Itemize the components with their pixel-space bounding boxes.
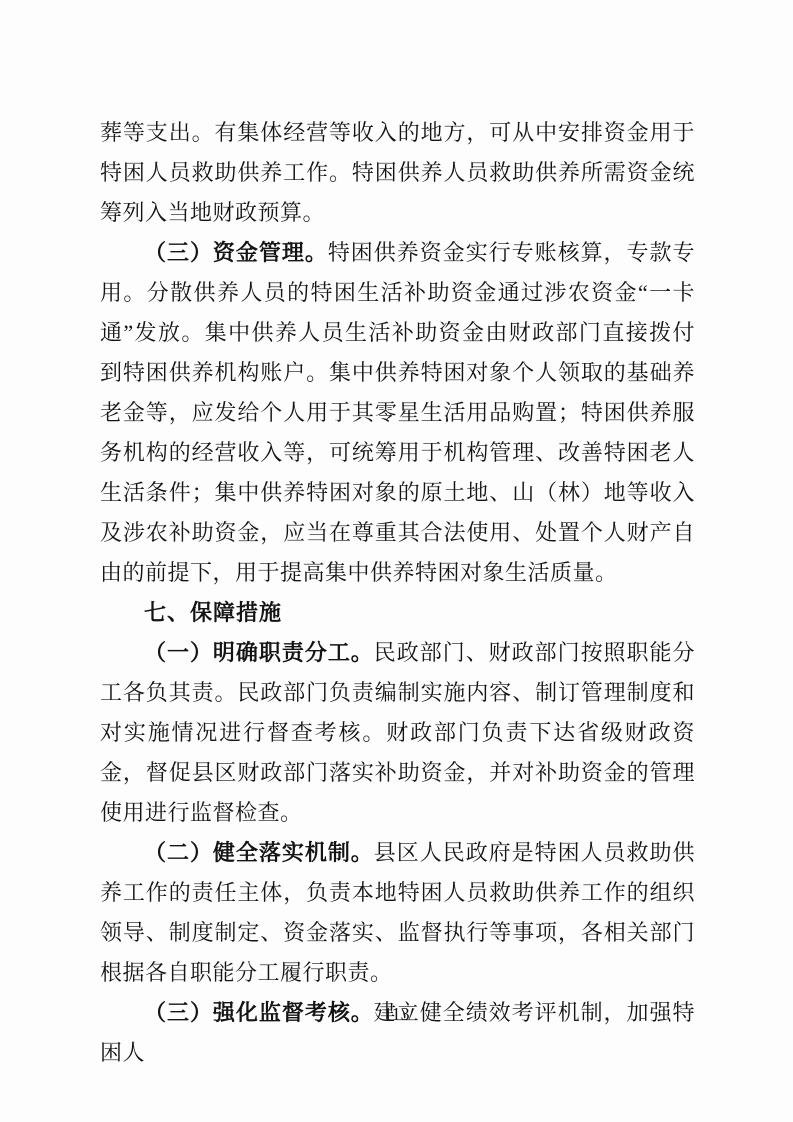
paragraph-lead-bold: （一）明确职责分工。 [144, 640, 374, 665]
page-number: 113 [0, 1002, 793, 1026]
paragraph-text: 特困供养资金实行专账核算，专款专用。分散供养人员的特困生活补助资金通过涉农资金“… [100, 240, 695, 585]
paragraph-text: 民政部门、财政部门按照职能分工各负其责。民政部门负责编制实施内容、制订管理制度和… [100, 640, 695, 825]
section-heading-safeguards: 七、保障措施 [100, 593, 695, 633]
paragraph-implementation-mechanism: （二）健全落实机制。县区人民政府是特困人员救助供养工作的责任主体，负责本地特困人… [100, 833, 695, 993]
paragraph-funds-management: （三）资金管理。特困供养资金实行专账核算，专款专用。分散供养人员的特困生活补助资… [100, 233, 695, 593]
paragraph-duty-division: （一）明确职责分工。民政部门、财政部门按照职能分工各负其责。民政部门负责编制实施… [100, 633, 695, 833]
paragraph-continuation: 葬等支出。有集体经营等收入的地方，可从中安排资金用于特困人员救助供养工作。特困供… [100, 113, 695, 233]
document-page: 葬等支出。有集体经营等收入的地方，可从中安排资金用于特困人员救助供养工作。特困供… [0, 0, 793, 1122]
paragraph-lead-bold: （三）资金管理。 [144, 240, 328, 265]
paragraph-lead-bold: （二）健全落实机制。 [144, 840, 374, 865]
